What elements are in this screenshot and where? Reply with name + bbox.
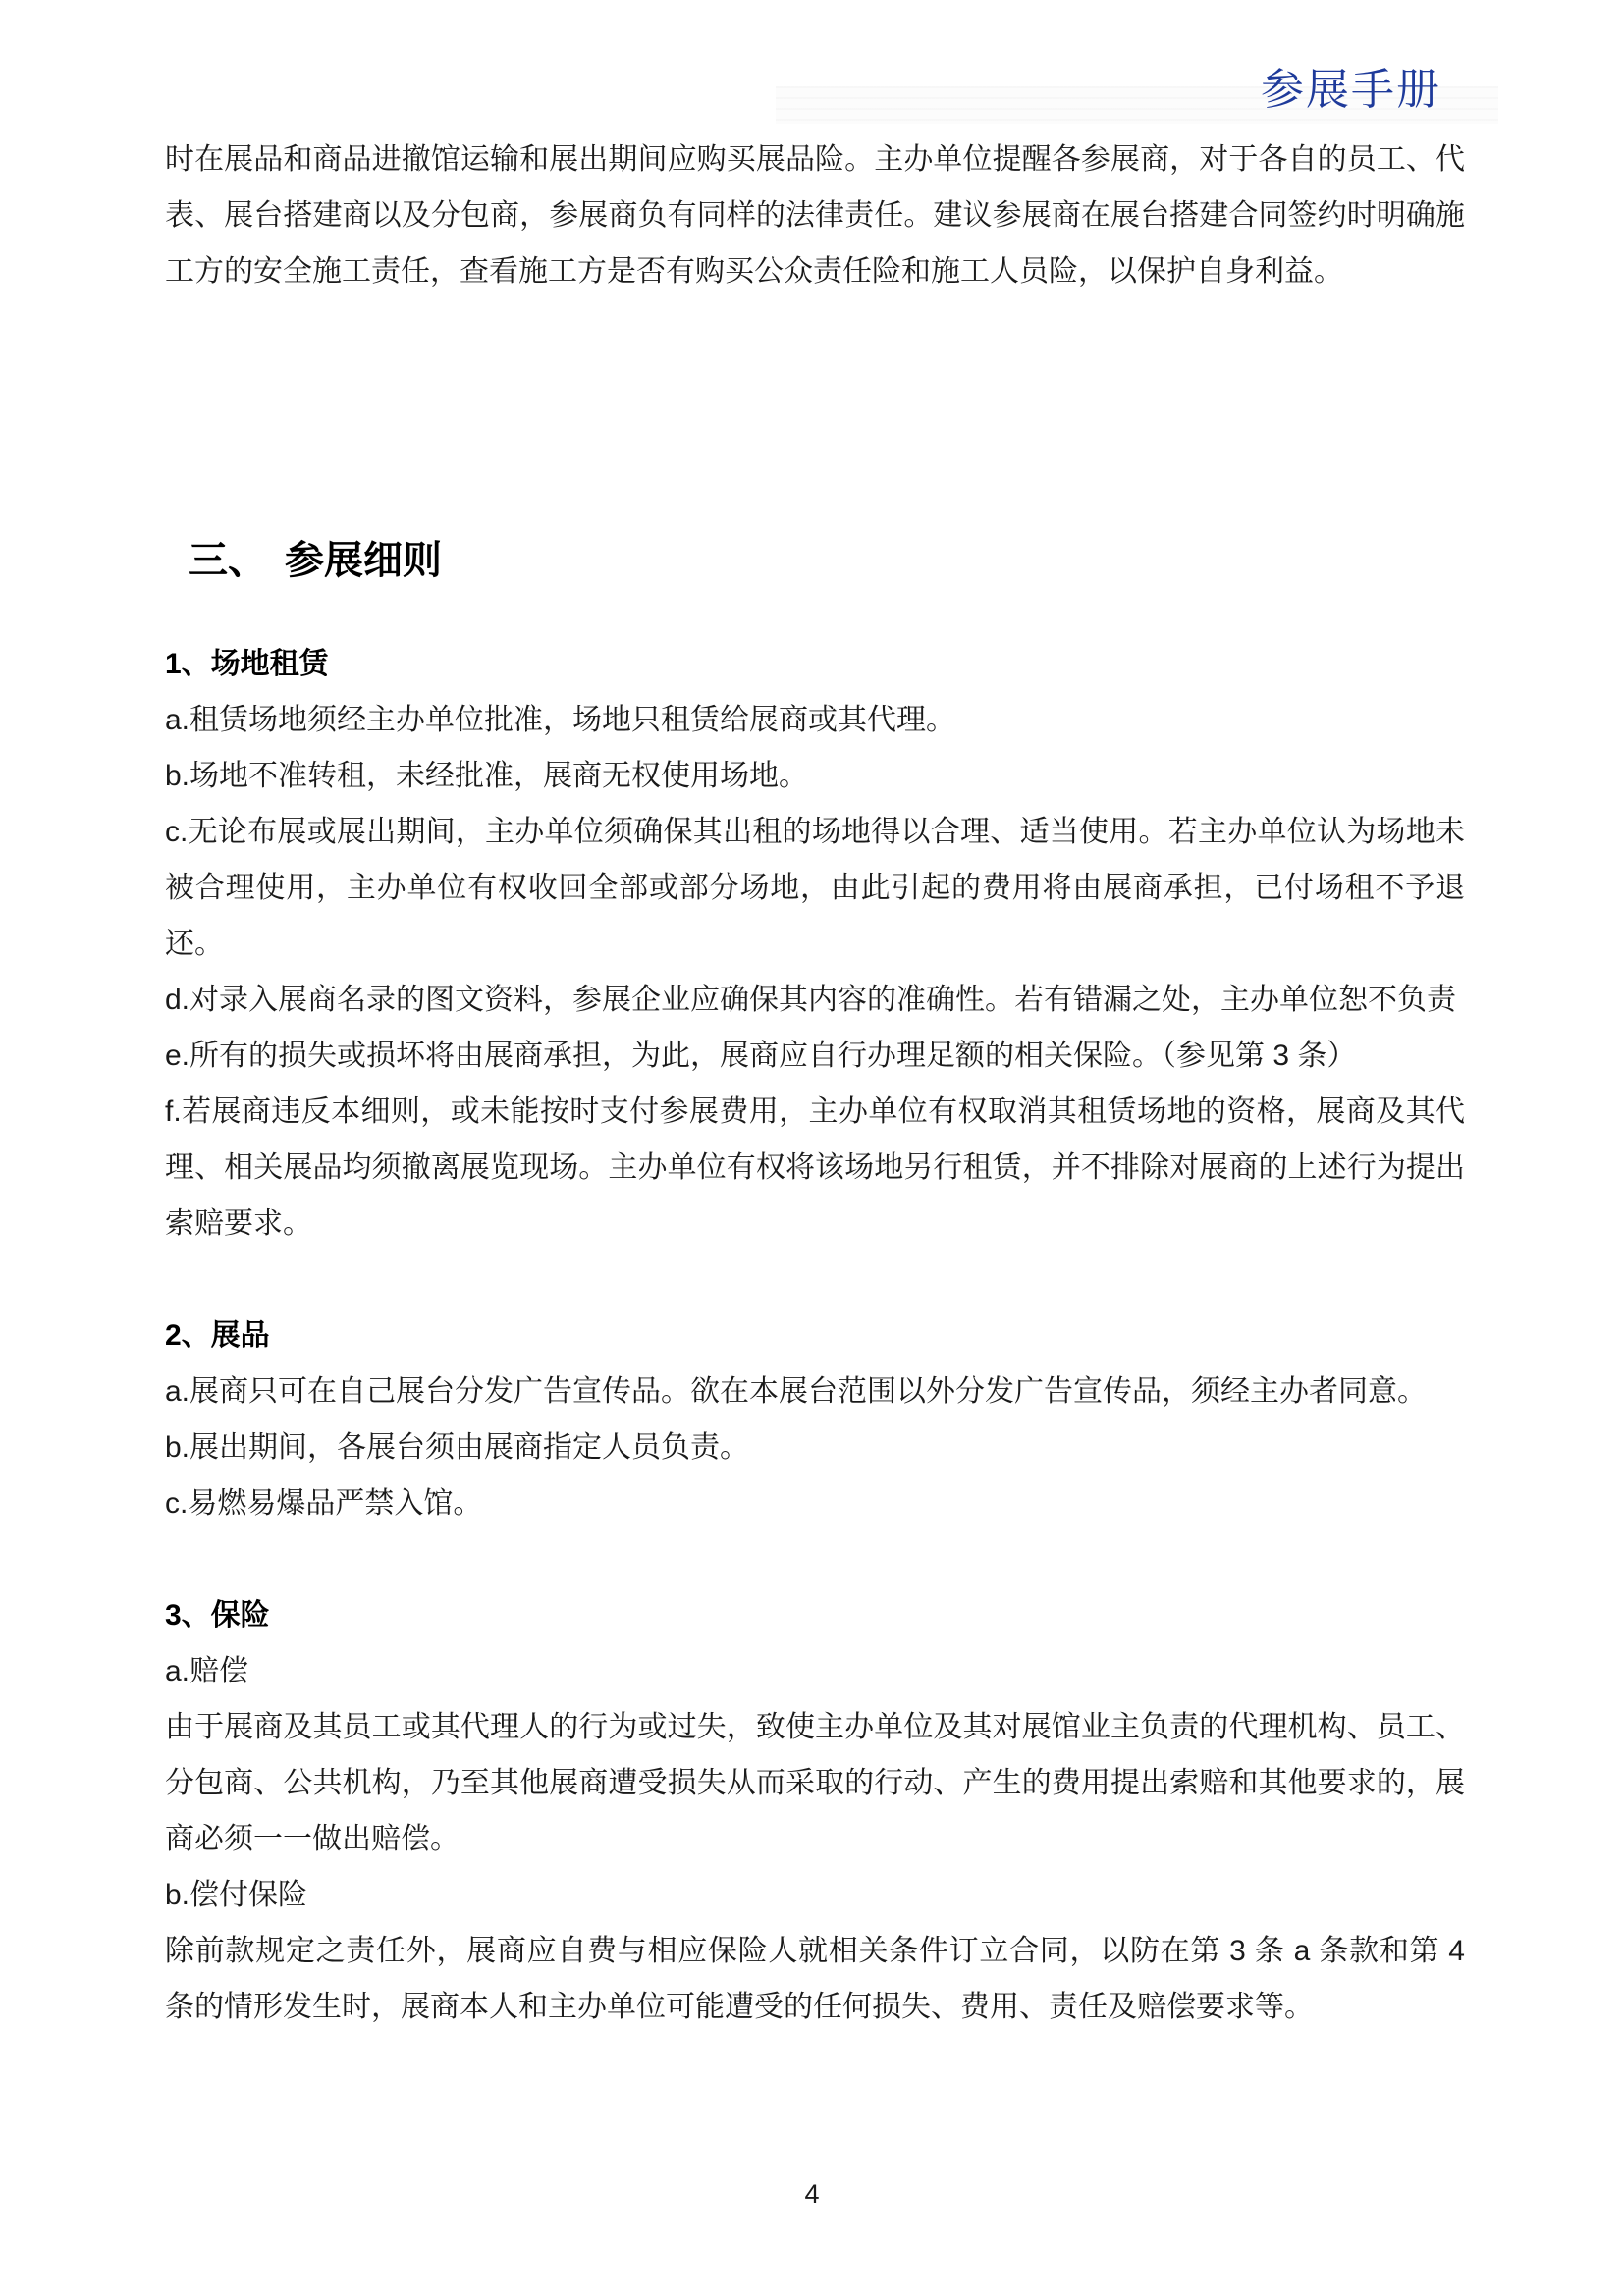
clause-item: a.租赁场地须经主办单位批准，场地只租赁给展商或其代理。 [165,692,1465,748]
document-content: 时在展品和商品进撤馆运输和展出期间应购买展品险。主办单位提醒各参展商，对于各自的… [165,132,1465,2035]
section-heading: 三、参展细则 [189,531,1465,590]
subsection-heading: 2、展品 [165,1308,1465,1363]
subsection-exhibits: 2、展品 a.展商只可在自己展台分发广告宣传品。欲在本展台范围以外分发广告宣传品… [165,1308,1465,1531]
subsection-heading: 1、场地租赁 [165,636,1465,692]
clause-item: b.偿付保险 [165,1867,1465,1923]
clause-item: c.无论布展或展出期间，主办单位须确保其出租的场地得以合理、适当使用。若主办单位… [165,804,1465,972]
clause-item: e.所有的损失或损坏将由展商承担，为此，展商应自行办理足额的相关保险。（参见第 … [165,1028,1465,1084]
section-title: 参展细则 [285,539,442,582]
clause-item: b.场地不准转租，未经批准，展商无权使用场地。 [165,748,1465,804]
page-title: 参展手册 [1261,63,1441,117]
clause-item: f.若展商违反本细则，或未能按时支付参展费用，主办单位有权取消其租赁场地的资格，… [165,1084,1465,1252]
document-page: 参展手册 时在展品和商品进撤馆运输和展出期间应购买展品险。主办单位提醒各参展商，… [0,0,1624,2296]
clause-item: b.展出期间，各展台须由展商指定人员负责。 [165,1419,1465,1475]
subsection-venue-rental: 1、场地租赁 a.租赁场地须经主办单位批准，场地只租赁给展商或其代理。 b.场地… [165,636,1465,1252]
subsection-heading: 3、保险 [165,1587,1465,1643]
clause-item: d.对录入展商名录的图文资料，参展企业应确保其内容的准确性。若有错漏之处，主办单… [165,972,1465,1028]
subsection-insurance: 3、保险 a.赔偿 由于展商及其员工或其代理人的行为或过失，致使主办单位及其对展… [165,1587,1465,2035]
page-number: 4 [0,2179,1624,2210]
intro-paragraph: 时在展品和商品进撤馆运输和展出期间应购买展品险。主办单位提醒各参展商，对于各自的… [165,132,1465,299]
section-number: 三、 [189,539,267,582]
clause-paragraph: 除前款规定之责任外，展商应自费与相应保险人就相关条件订立合同，以防在第 3 条 … [165,1923,1465,2035]
clause-paragraph: 由于展商及其员工或其代理人的行为或过失，致使主办单位及其对展馆业主负责的代理机构… [165,1699,1465,1867]
clause-item: a.展商只可在自己展台分发广告宣传品。欲在本展台范围以外分发广告宣传品，须经主办… [165,1363,1465,1419]
clause-item: c.易燃易爆品严禁入馆。 [165,1475,1465,1531]
clause-item: a.赔偿 [165,1643,1465,1699]
